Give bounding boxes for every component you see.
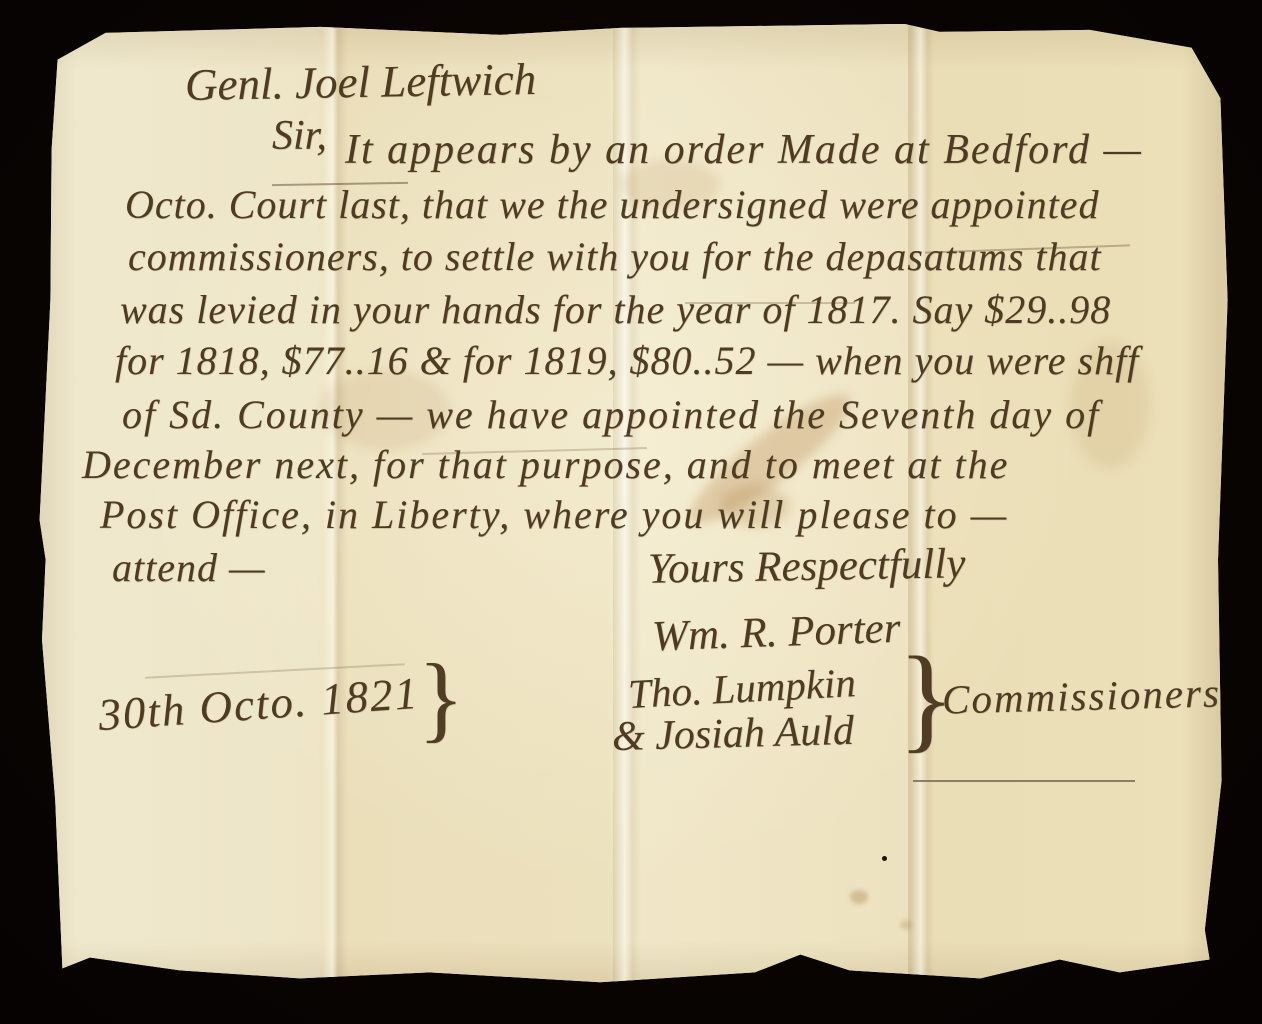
body-line-4: was levied in your hands for the year of… [120, 286, 1111, 333]
date-brace: } [418, 650, 464, 746]
signature-josiah-auld: & Josiah Auld [611, 707, 854, 761]
commissioners-label: Commissioners [941, 668, 1221, 723]
body-line-6: of Sd. County — we have appointed the Se… [122, 391, 1100, 438]
body-line-1: It appears by an order Made at Bedford — [345, 126, 1143, 174]
addressee-line: Genl. Joel Leftwich [185, 53, 537, 111]
foxing-spot-2 [900, 920, 912, 930]
date-line: 30th Octo. 1821 [97, 667, 421, 741]
closing-line: Yours Respectfully [648, 539, 966, 594]
ink-speck [882, 856, 887, 861]
body-line-2: Octo. Court last, that we the undersigne… [125, 181, 1099, 228]
body-line-5: for 1818, $77..16 & for 1819, $80..52 — … [115, 337, 1139, 384]
body-line-7: December next, for that purpose, and to … [82, 441, 1009, 488]
body-line-9: attend — [112, 544, 266, 591]
body-line-3: commissioners, to settle with you for th… [128, 233, 1102, 280]
body-line-8: Post Office, in Liberty, where you will … [100, 491, 1008, 538]
pencil-line-bottom [913, 780, 1135, 782]
foxing-spot-1 [850, 890, 868, 904]
salutation-line: Sir, [272, 112, 327, 160]
scanner-background: { "colors": { "background": "#0a0503", "… [0, 0, 1262, 1024]
signature-wm-r-porter: Wm. R. Porter [651, 604, 901, 662]
letter-paper: Genl. Joel Leftwich Sir, It appears by a… [30, 20, 1230, 1010]
